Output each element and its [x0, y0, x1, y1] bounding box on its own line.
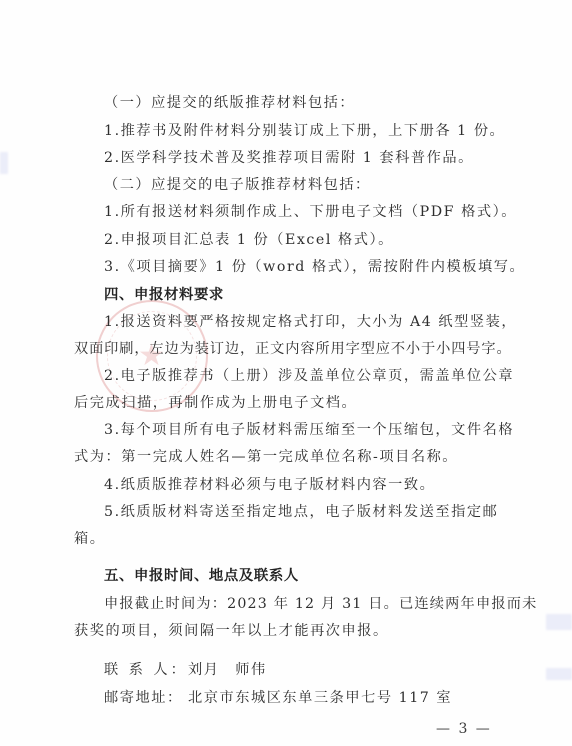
requirement-line-7: 4.纸质版推荐材料必须与电子版材料内容一致。: [104, 476, 435, 494]
contact-label: 联 系 人：: [104, 661, 188, 679]
document-page: ★ （一）应提交的纸版推荐材料包括： 1.推荐书及附件材料分别装订成上下册，上下…: [0, 0, 572, 746]
requirement-line-5: 3.每个项目所有电子版材料需压缩至一个压缩包，文件名格: [104, 421, 514, 439]
address-label: 邮寄地址：: [104, 689, 183, 707]
paper-item-2: 2.医学科学技术普及奖推荐项目需附 1 套科普作品。: [104, 149, 474, 167]
deadline-line-2: 获奖的项目，须间隔一年以上才能再次申报。: [74, 622, 389, 640]
contact-value: 刘月 师伟: [188, 661, 267, 679]
time-place-heading: 五、申报时间、地点及联系人: [104, 567, 299, 585]
paper-materials-heading: （一）应提交的纸版推荐材料包括：: [104, 94, 355, 112]
requirement-line-6: 式为：第一完成人姓名—第一完成单位名称-项目名称。: [74, 448, 458, 466]
electronic-item-1: 1.所有报送材料须制作成上、下册电子文档（PDF 格式）。: [104, 203, 517, 221]
requirement-line-8: 5.纸质版材料寄送至指定地点，电子版材料发送至指定邮: [104, 503, 498, 521]
page-number: — 3 —: [436, 721, 492, 737]
requirement-line-1: 1.报送资料要严格按规定格式打印，大小为 A4 纸型竖装，: [104, 313, 517, 331]
requirements-heading: 四、申报材料要求: [104, 286, 224, 304]
electronic-item-3: 3.《项目摘要》1 份（word 格式），需按附件内模板填写。: [104, 258, 525, 276]
electronic-item-2: 2.申报项目汇总表 1 份（Excel 格式）。: [104, 231, 394, 249]
paper-item-1: 1.推荐书及附件材料分别装订成上下册，上下册各 1 份。: [104, 122, 505, 140]
requirement-line-2: 双面印刷，左边为装订边，正文内容所用字型应不小于小四号字。: [74, 340, 512, 358]
scan-smudge-left: [0, 152, 8, 174]
address-value: 北京市东城区东单三条甲七号 117 室: [188, 689, 452, 707]
electronic-materials-heading: （二）应提交的电子版推荐材料包括：: [104, 176, 371, 194]
requirement-line-3: 2.电子版推荐书（上册）涉及盖单位公章页，需盖单位公章: [104, 367, 514, 385]
scan-smudge-right-2: [546, 668, 572, 680]
requirement-line-4: 后完成扫描，再制作成为上册电子文档。: [74, 394, 357, 412]
scan-smudge-right-1: [546, 614, 572, 630]
deadline-line-1: 申报截止时间为：2023 年 12 月 31 日。已连续两年申报而未: [104, 595, 538, 613]
requirement-line-9: 箱。: [74, 530, 105, 548]
